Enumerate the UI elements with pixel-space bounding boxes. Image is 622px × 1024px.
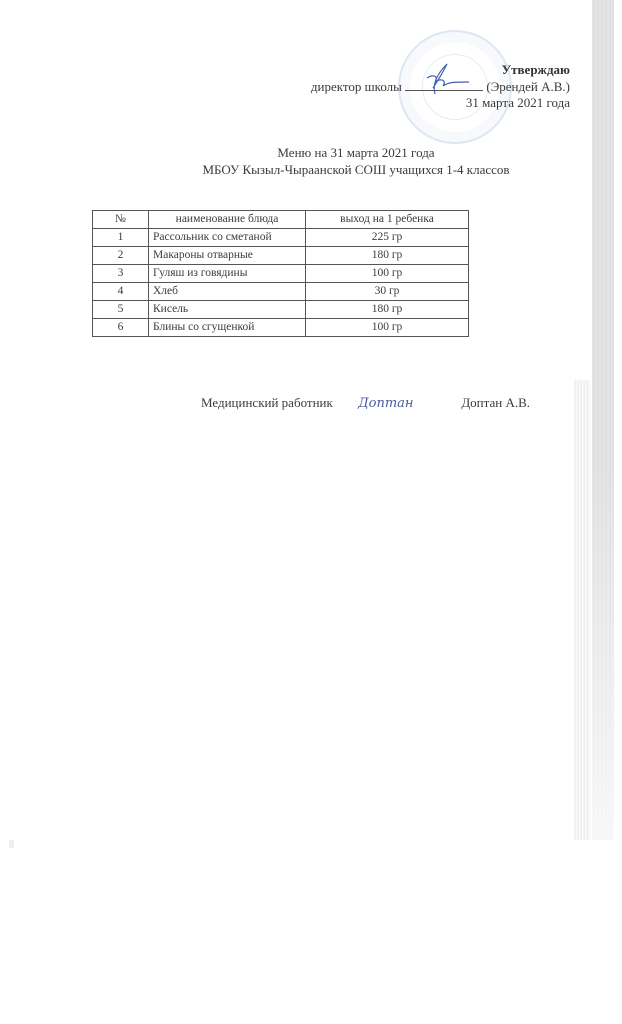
row-number: 4 [93,283,149,301]
director-name: (Эрендей А.В.) [486,79,570,94]
table-row: 5 Кисель 180 гр [93,301,469,319]
menu-table-header: № наименование блюда выход на 1 ребенка [93,211,469,229]
dish-name: Кисель [149,301,306,319]
director-signature-icon [413,60,473,100]
table-row: 1 Рассольник со сметаной 225 гр [93,229,469,247]
medic-label: Медицинский работник [201,395,333,411]
approval-block: Утверждаю директор школы (Эрендей А.В.) … [311,62,570,111]
menu-title: Меню на 31 марта 2021 года МБОУ Кызыл-Чы… [0,144,622,178]
scan-edge-artifact-inner [574,380,590,840]
medic-signature-line: Медицинский работник Доптан Доптан А.В. [201,395,530,411]
row-number: 3 [93,265,149,283]
document-page: Утверждаю директор школы (Эрендей А.В.) … [0,0,622,1024]
scan-speck [9,840,14,848]
row-number: 2 [93,247,149,265]
dish-name: Рассольник со сметаной [149,229,306,247]
menu-title-line2: МБОУ Кызыл-Чыраанской СОШ учащихся 1-4 к… [90,161,622,178]
dish-amount: 30 гр [306,283,469,301]
column-header-amount: выход на 1 ребенка [306,211,469,229]
dish-amount: 180 гр [306,247,469,265]
row-number: 6 [93,319,149,337]
menu-table: № наименование блюда выход на 1 ребенка … [92,210,469,337]
director-label: директор школы [311,79,402,94]
scan-edge-artifact [592,0,614,840]
dish-name: Блины со сгущенкой [149,319,306,337]
medic-signature: Доптан [358,396,438,411]
column-header-number: № [93,211,149,229]
medic-name: Доптан А.В. [461,395,530,411]
row-number: 1 [93,229,149,247]
dish-name: Макароны отварные [149,247,306,265]
dish-amount: 100 гр [306,265,469,283]
dish-name: Хлеб [149,283,306,301]
table-row: 3 Гуляш из говядины 100 гр [93,265,469,283]
row-number: 5 [93,301,149,319]
table-row: 4 Хлеб 30 гр [93,283,469,301]
dish-amount: 180 гр [306,301,469,319]
column-header-dish: наименование блюда [149,211,306,229]
director-signature-line [405,78,483,91]
table-row: 6 Блины со сгущенкой 100 гр [93,319,469,337]
dish-amount: 100 гр [306,319,469,337]
table-row: 2 Макароны отварные 180 гр [93,247,469,265]
menu-title-line1: Меню на 31 марта 2021 года [90,144,622,161]
director-line: директор школы (Эрендей А.В.) [311,78,570,95]
dish-amount: 225 гр [306,229,469,247]
dish-name: Гуляш из говядины [149,265,306,283]
